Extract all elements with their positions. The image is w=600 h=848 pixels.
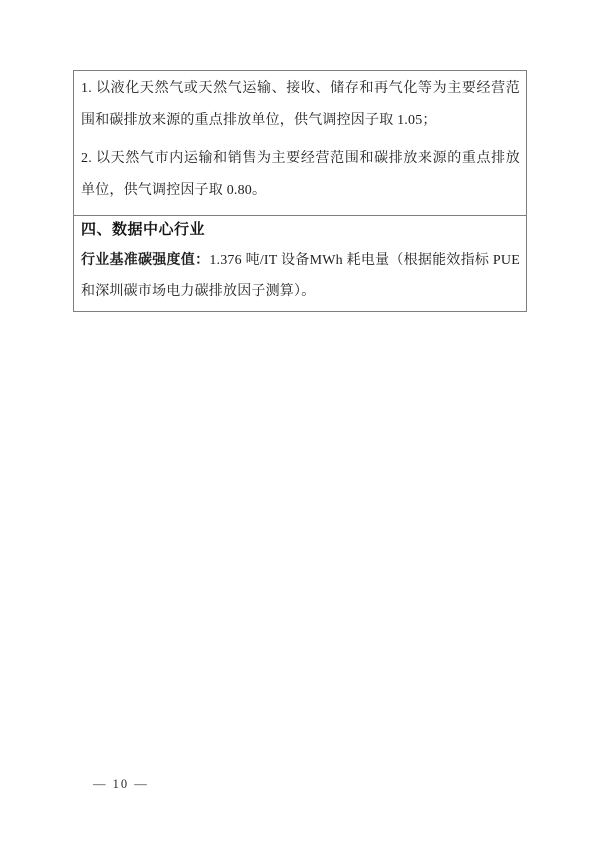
section-heading-datacenter: 四、数据中心行业: [81, 218, 520, 242]
page-number: — 10 —: [93, 774, 149, 794]
benchmark-term-label: 行业基准碳强度值：: [81, 253, 209, 268]
document-page: 1. 以液化天然气或天然气运输、接收、储存和再气化等为主要经营范围和碳排放来源的…: [0, 0, 600, 848]
benchmark-paragraph: 行业基准碳强度值：1.376 吨/IT 设备MWh 耗电量（根据能效指标 PUE…: [81, 245, 520, 307]
regulation-table: 1. 以液化天然气或天然气运输、接收、储存和再气化等为主要经营范围和碳排放来源的…: [73, 70, 527, 312]
gas-factor-paragraph-1: 1. 以液化天然气或天然气运输、接收、储存和再气化等为主要经营范围和碳排放来源的…: [81, 73, 520, 137]
table-row-gas-factors: 1. 以液化天然气或天然气运输、接收、储存和再气化等为主要经营范围和碳排放来源的…: [74, 71, 526, 216]
gas-factor-paragraph-2: 2. 以天然气市内运输和销售为主要经营范围和碳排放来源的重点排放单位，供气调控因…: [81, 143, 520, 207]
table-row-datacenter: 四、数据中心行业 行业基准碳强度值：1.376 吨/IT 设备MWh 耗电量（根…: [74, 216, 526, 311]
